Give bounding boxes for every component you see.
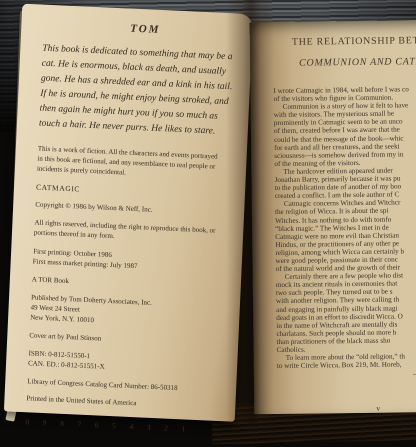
imprint-line: A TOR Book [32,275,237,292]
library-of-congress-line: Library of Congress Catalog Card Number:… [27,377,232,394]
text-line: 1 [181,424,185,434]
page-number: v [376,404,380,413]
open-book-photo: TOM This book is dedicated to something … [0,0,416,447]
dedication-paragraph: This book is dedicated to something that… [39,42,248,141]
book-title: CATMAGIC [36,182,241,200]
rights-notice: All rights reserved, including the right… [34,217,240,246]
text-line: 3 [147,423,151,433]
text-line: 7 [77,420,81,430]
cover-art-credit: Cover art by Paul Stinson [29,331,234,348]
foreword-heading-line2: COMMUNION AND CATMA [299,56,416,70]
text-line: 0 [25,417,29,427]
printing-history: First printing: October 1986First mass m… [32,246,238,275]
text-line: 9 [43,418,47,428]
isbn-block: ISBN: 0-812-51550-1CAN. ED.: 0-812-51551… [28,348,234,377]
printers-key: 0987654321 [25,417,185,434]
author-signature: —W [277,370,416,380]
right-page-content: THE RELATIONSHIP BETW COMMUNION AND CATM… [250,35,416,430]
text-line: to write Circle Wicca, Box 219, Mt. Hore… [277,360,416,370]
text-line: 6 [95,420,99,430]
foreword-heading-line1: THE RELATIONSHIP BETW [292,35,416,49]
text-line: 5 [112,421,116,431]
dedication-title: TOM [43,19,247,40]
text-line: 4 [129,422,133,432]
printed-in-usa-line: Printed in the United States of America [26,394,231,411]
fiction-notice: This is a work of fiction. All the chara… [37,144,243,183]
publisher-address: Published by Tom Doherty Associates, Inc… [30,292,236,331]
right-page-foreword: THE RELATIONSHIP BETW COMMUNION AND CATM… [250,20,416,415]
foreword-body: I wrote Catmagic in 1984, well before I … [273,85,416,371]
text-line: 2 [164,424,168,434]
left-page-content: TOM This book is dedicated to something … [3,4,253,437]
copyright-line: Copyright © 1986 by Wilson & Neff, Inc. [35,200,240,217]
text-line: 8 [60,419,64,429]
left-page-copyright: TOM This book is dedicated to something … [4,4,253,422]
